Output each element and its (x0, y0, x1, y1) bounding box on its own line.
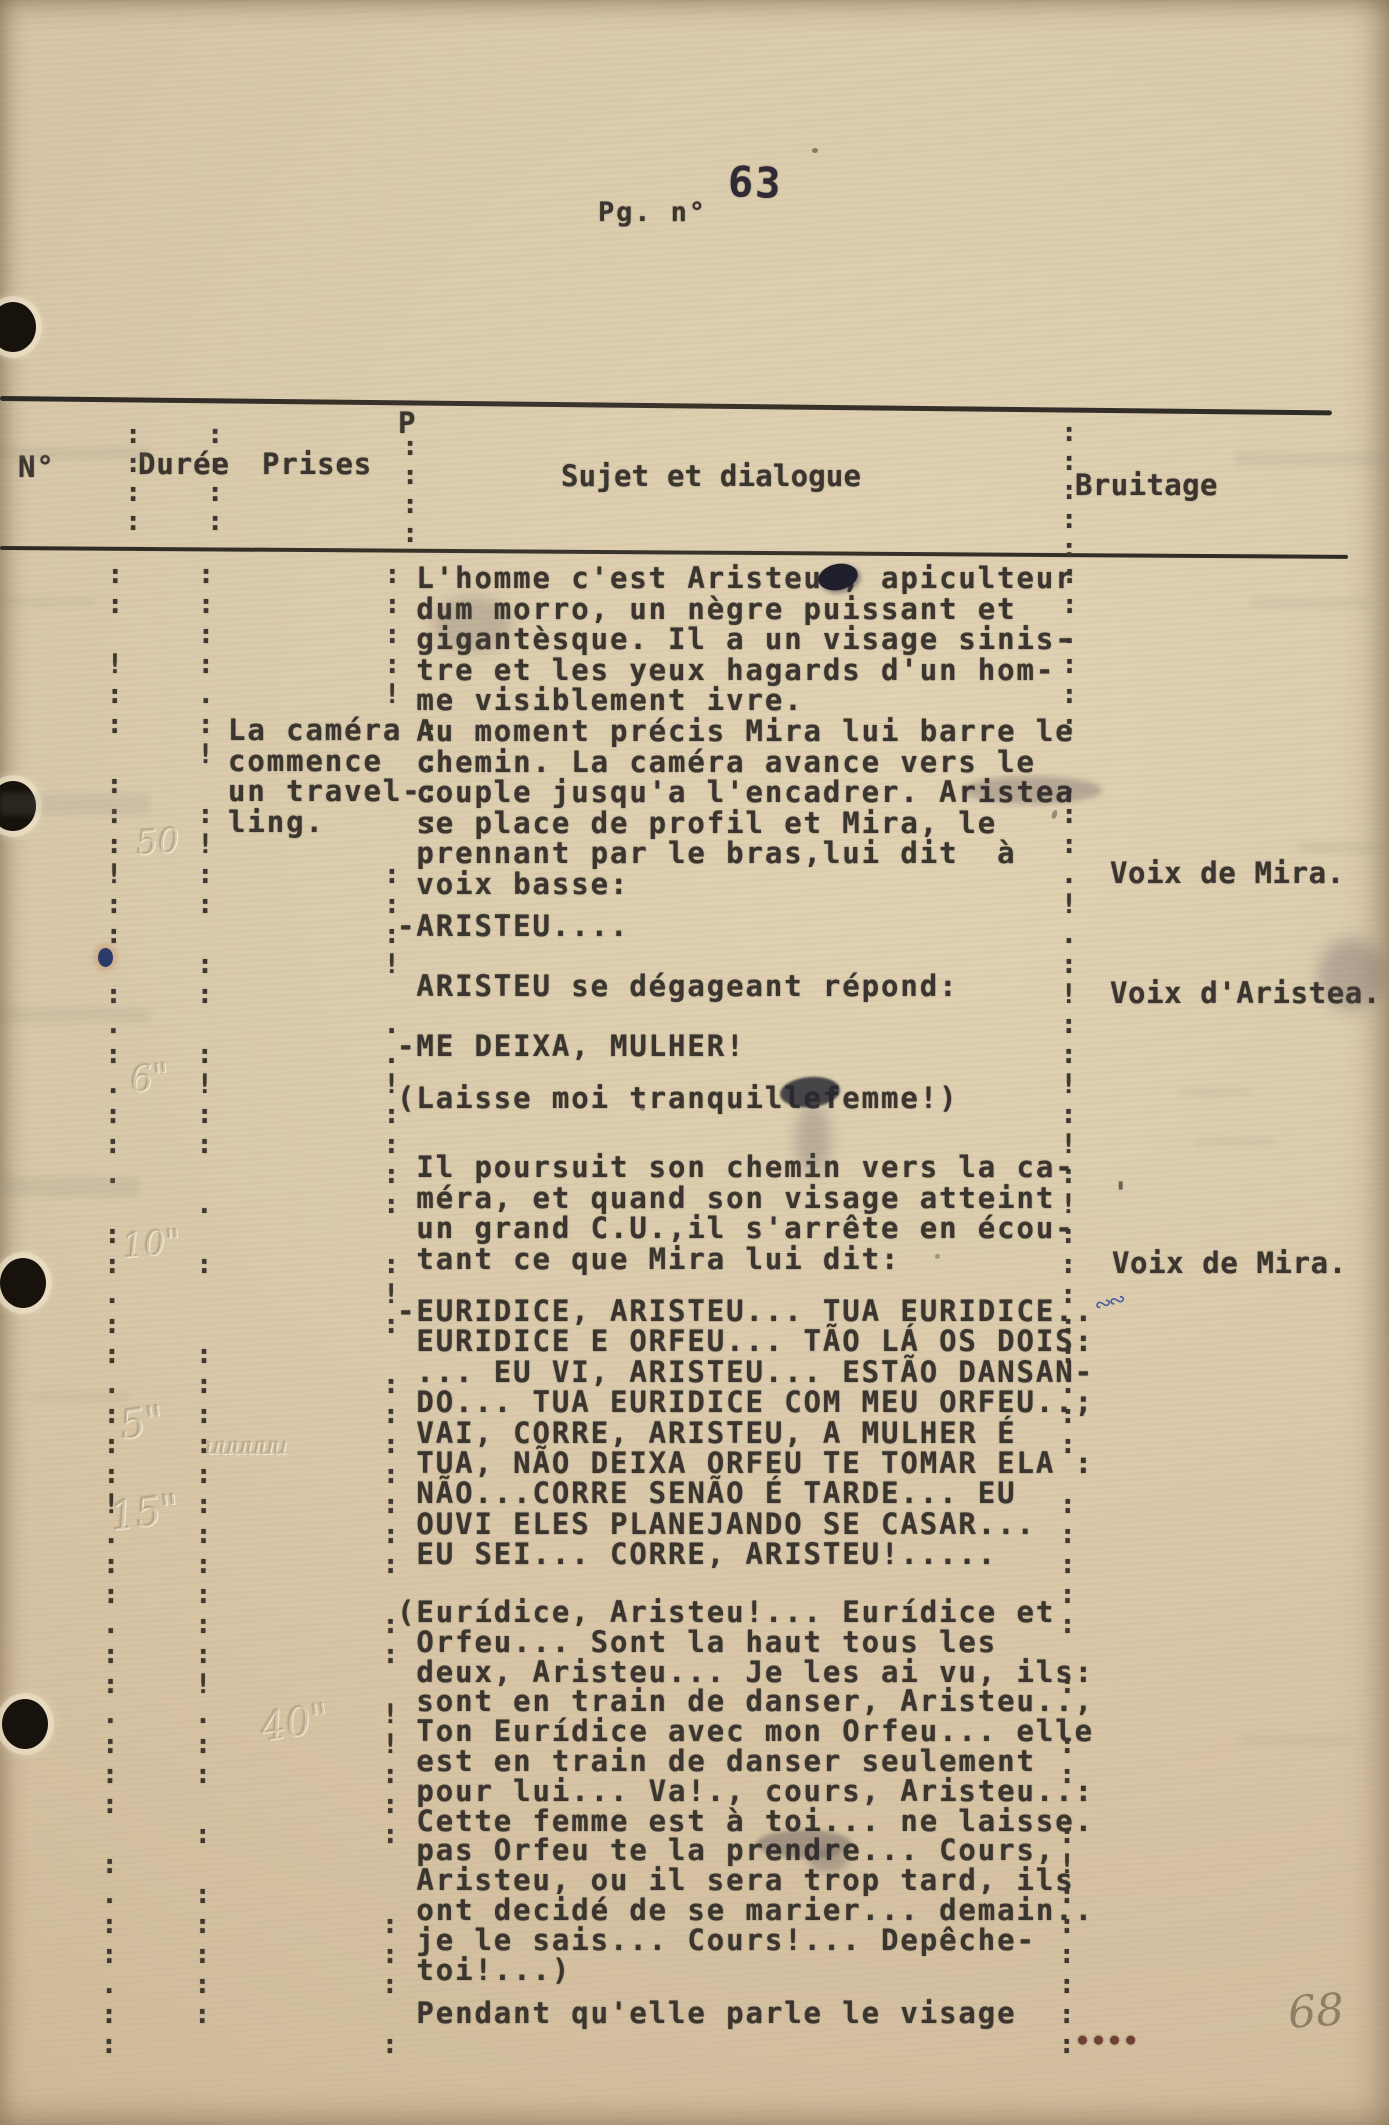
line-call-aristeu: -ARISTEU.... (397, 911, 629, 942)
age-smudge (0, 793, 150, 815)
age-smudge (1240, 1735, 1350, 1747)
column-separator-dots: : : : : . : ! : ! : : : : : ! : : . : : … (194, 560, 214, 2060)
ink-drip (795, 1104, 831, 1174)
column-header-sujet: Sujet et dialogue (561, 461, 861, 492)
scanned-script-page: Pg. n° 63 N° Durée Prises P Sujet et dia… (0, 0, 1389, 2125)
column-separator-dots: : : : : (207, 420, 223, 536)
duration-ghost: 6" (128, 1056, 172, 1101)
age-smudge (1250, 597, 1370, 609)
footer-dots: ●●●● (1078, 2030, 1142, 2048)
table-header-rule (0, 546, 1348, 559)
table-top-rule (0, 396, 1332, 415)
duration-ghost: 15" (107, 1486, 181, 1540)
column-separator-dots: : : : : : (1061, 418, 1077, 563)
bruitage-entry: Voix de Mira. (1112, 1248, 1347, 1279)
column-header-prises: Prises (262, 449, 372, 480)
ink-smudge (808, 1850, 848, 1872)
ink-smudge (1318, 938, 1384, 1010)
speck (812, 148, 818, 153)
line-repond: ARISTEU se dégageant répond: (397, 971, 958, 1002)
duration-ghost: 5" (117, 1397, 167, 1449)
hole-punch (2, 1699, 48, 1749)
age-smudge (1298, 842, 1389, 854)
age-smudge (30, 1392, 130, 1402)
paragraph-action: Au moment précis Mira lui barre le chemi… (397, 716, 1075, 900)
duration-ghost: 50 (135, 821, 181, 864)
embossed-scribble: uuuuuu (205, 1432, 286, 1460)
age-smudge (0, 1007, 150, 1023)
page-number: 63 (727, 167, 782, 199)
page-label: Pg. n° (598, 198, 707, 229)
speck (935, 1254, 940, 1259)
column-header-bruitage: Bruitage (1075, 470, 1218, 501)
final-line: Pendant qu'elle parle le visage (397, 1998, 1017, 2029)
ink-smudge (432, 596, 512, 652)
pencil-scribble (1180, 1088, 1250, 1096)
duration-ghost: 40" (257, 1695, 333, 1751)
french-translation-block: (Eurídice, Aristeu!... Eurídice et Orfeu… (397, 1598, 1094, 1985)
paragraph-poursuit: Il poursuit son chemin vers la ca- méra,… (397, 1152, 1075, 1274)
speck (640, 1106, 645, 1111)
age-smudge (1235, 452, 1389, 466)
line-me-deixa: -ME DEIXA, MULHER! (397, 1031, 745, 1062)
stray-apostrophe: ' (1112, 1178, 1131, 1209)
column-separator-dots: : : : : (402, 432, 418, 548)
portuguese-dialogue-block: -EURIDICE, ARISTEU... TUA EURIDICE.. EUR… (397, 1296, 1094, 1570)
blue-ink-dot (98, 948, 113, 967)
overstrike-smudge (962, 776, 1102, 804)
duration-ghost: 10" (120, 1222, 182, 1267)
age-smudge (0, 447, 150, 460)
age-smudge (0, 1177, 140, 1197)
hole-punch (0, 302, 36, 352)
handwritten-page-number: 68 (1286, 1984, 1345, 2039)
age-smudge (0, 597, 95, 607)
pencil-scribble (1195, 1138, 1275, 1146)
column-separator-dots: : : : : (125, 420, 141, 536)
line-laisse: (Laisse moi tranquillefemme!) (397, 1083, 958, 1114)
hole-punch (0, 1258, 46, 1308)
blue-pencil-mark: ∾∾ (1092, 1287, 1126, 1317)
column-separator-dots: : : ! : : : : : ! : : : . : . : : . : : … (101, 560, 124, 2060)
bruitage-entry: Voix de Mira. (1110, 858, 1345, 889)
